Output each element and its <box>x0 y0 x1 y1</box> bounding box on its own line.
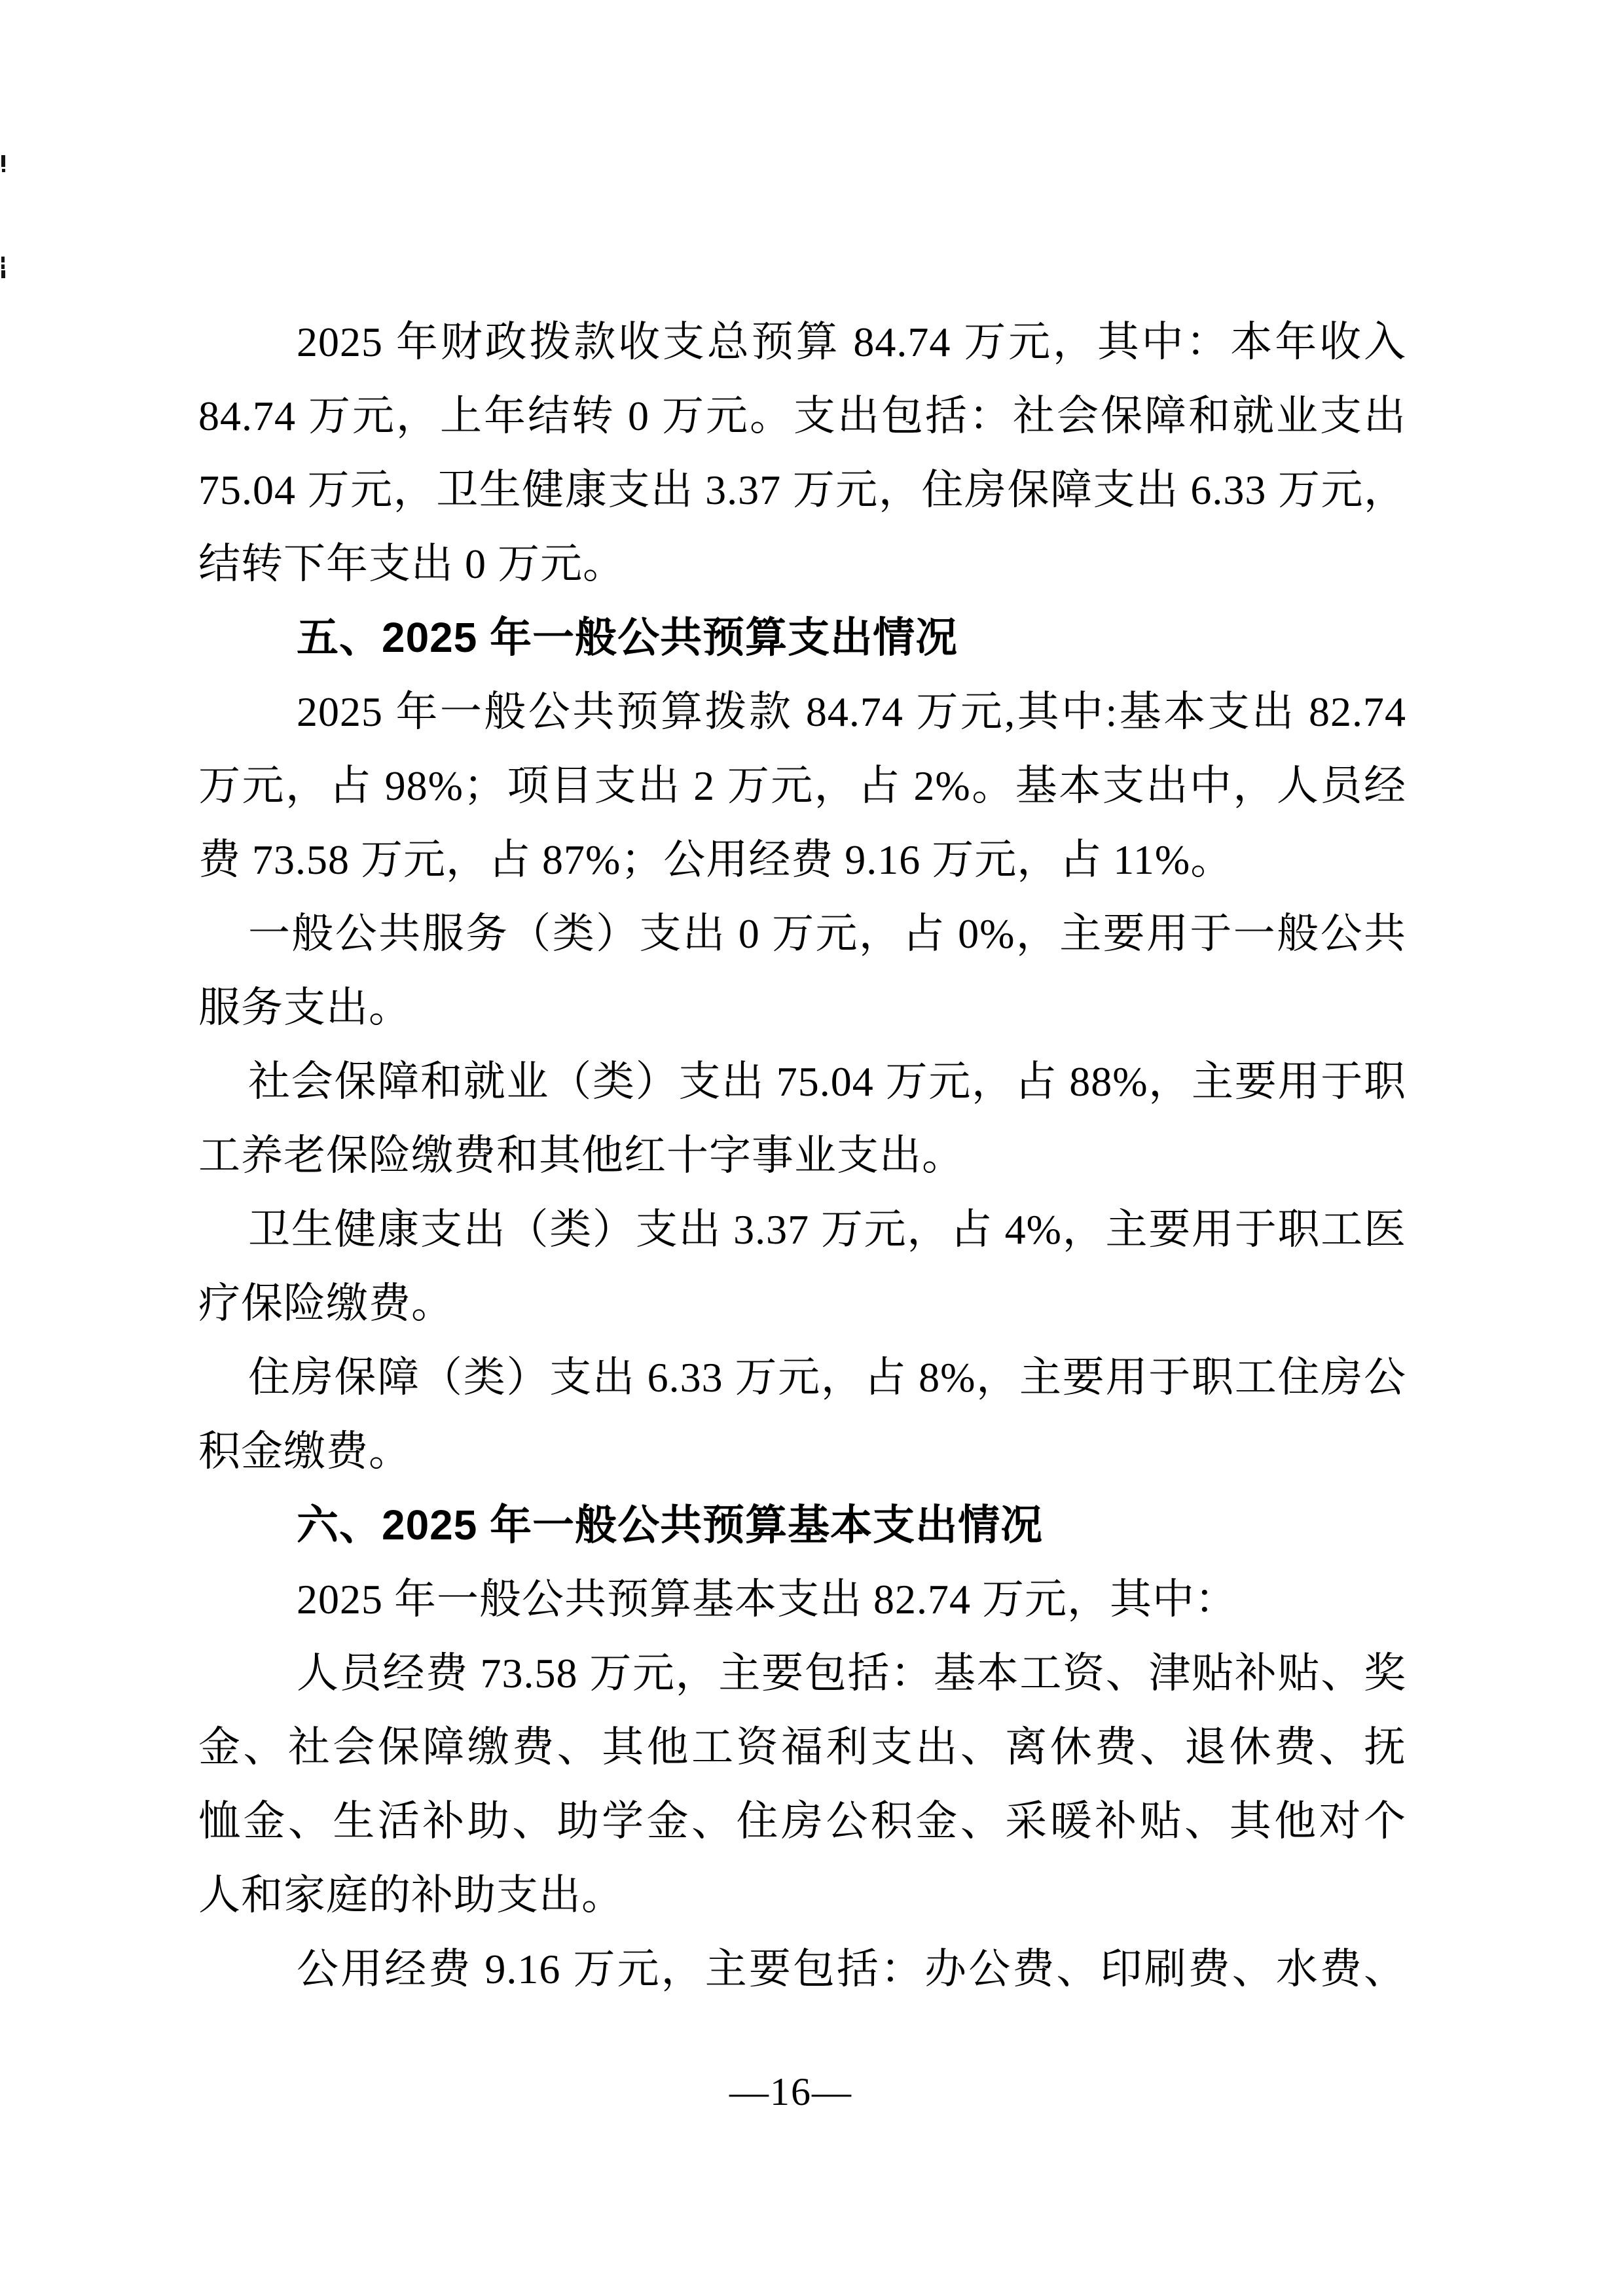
document-text-block: 2025 年财政拨款收支总预算 84.74 万元，其中：本年收入 84.74 万… <box>198 305 1406 2006</box>
text-line: 84.74 万元，上年结转 0 万元。支出包括：社会保障和就业支出 <box>198 379 1406 453</box>
text-line: 人员经费 73.58 万元，主要包括：基本工资、津贴补贴、奖 <box>198 1636 1406 1710</box>
text-line: 社会保障和就业（类）支出 75.04 万元，占 88%，主要用于职 <box>198 1045 1406 1119</box>
paragraph-personnel-funds: 人员经费 73.58 万元，主要包括：基本工资、津贴补贴、奖 金、社会保障缴费、… <box>198 1636 1406 1932</box>
paragraph-housing-security: 住房保障（类）支出 6.33 万元，占 8%，主要用于职工住房公 积金缴费。 <box>198 1340 1406 1488</box>
text-line: 人和家庭的补助支出。 <box>198 1858 1406 1932</box>
section-heading-6: 六、2025 年一般公共预算基本支出情况 <box>198 1488 1406 1562</box>
paragraph-social-security-employment: 社会保障和就业（类）支出 75.04 万元，占 88%，主要用于职 工养老保险缴… <box>198 1045 1406 1193</box>
paragraph-fiscal-appropriation-summary: 2025 年财政拨款收支总预算 84.74 万元，其中：本年收入 84.74 万… <box>198 305 1406 601</box>
text-line: 一般公共服务（类）支出 0 万元，占 0%，主要用于一般公共 <box>198 897 1406 971</box>
text-line: 金、社会保障缴费、其他工资福利支出、离休费、退休费、抚 <box>198 1710 1406 1784</box>
text-line: 卫生健康支出（类）支出 3.37 万元，占 4%，主要用于职工医 <box>198 1193 1406 1266</box>
scan-artifact <box>2 169 5 172</box>
text-line: 2025 年财政拨款收支总预算 84.74 万元，其中：本年收入 <box>198 305 1406 379</box>
budget-document-page: 2025 年财政拨款收支总预算 84.74 万元，其中：本年收入 84.74 万… <box>0 0 1623 2296</box>
scan-artifact <box>1 257 5 262</box>
text-line: 疗保险缴费。 <box>198 1266 1406 1340</box>
text-line: 积金缴费。 <box>198 1414 1406 1488</box>
scan-artifact <box>1 270 5 278</box>
text-line: 结转下年支出 0 万元。 <box>198 527 1406 601</box>
text-line: 住房保障（类）支出 6.33 万元，占 8%，主要用于职工住房公 <box>198 1340 1406 1414</box>
text-line: 公用经费 9.16 万元，主要包括：办公费、印刷费、水费、 <box>198 1932 1406 2006</box>
text-line: 服务支出。 <box>198 971 1406 1045</box>
paragraph-general-budget-expenditure: 2025 年一般公共预算拨款 84.74 万元,其中:基本支出 82.74 万元… <box>198 675 1406 897</box>
section-heading-5: 五、2025 年一般公共预算支出情况 <box>198 601 1406 675</box>
text-line: 工养老保险缴费和其他红十字事业支出。 <box>198 1119 1406 1193</box>
page-number: —16— <box>0 2055 1582 2129</box>
text-line: 费 73.58 万元，占 87%；公用经费 9.16 万元，占 11%。 <box>198 823 1406 897</box>
text-line: 万元，占 98%；项目支出 2 万元，占 2%。基本支出中，人员经 <box>198 749 1406 823</box>
scan-artifact <box>1 155 5 167</box>
scan-artifact <box>1 264 5 269</box>
text-line: 2025 年一般公共预算基本支出 82.74 万元，其中： <box>198 1562 1406 1636</box>
paragraph-health-expenditure: 卫生健康支出（类）支出 3.37 万元，占 4%，主要用于职工医 疗保险缴费。 <box>198 1193 1406 1340</box>
paragraph-basic-expenditure-total: 2025 年一般公共预算基本支出 82.74 万元，其中： <box>198 1562 1406 1636</box>
text-line: 恤金、生活补助、助学金、住房公积金、采暖补贴、其他对个 <box>198 1784 1406 1858</box>
text-line: 75.04 万元，卫生健康支出 3.37 万元，住房保障支出 6.33 万元， <box>198 453 1406 527</box>
paragraph-general-public-service: 一般公共服务（类）支出 0 万元，占 0%，主要用于一般公共 服务支出。 <box>198 897 1406 1045</box>
paragraph-public-funds: 公用经费 9.16 万元，主要包括：办公费、印刷费、水费、 <box>198 1932 1406 2006</box>
text-line: 2025 年一般公共预算拨款 84.74 万元,其中:基本支出 82.74 <box>198 675 1406 749</box>
